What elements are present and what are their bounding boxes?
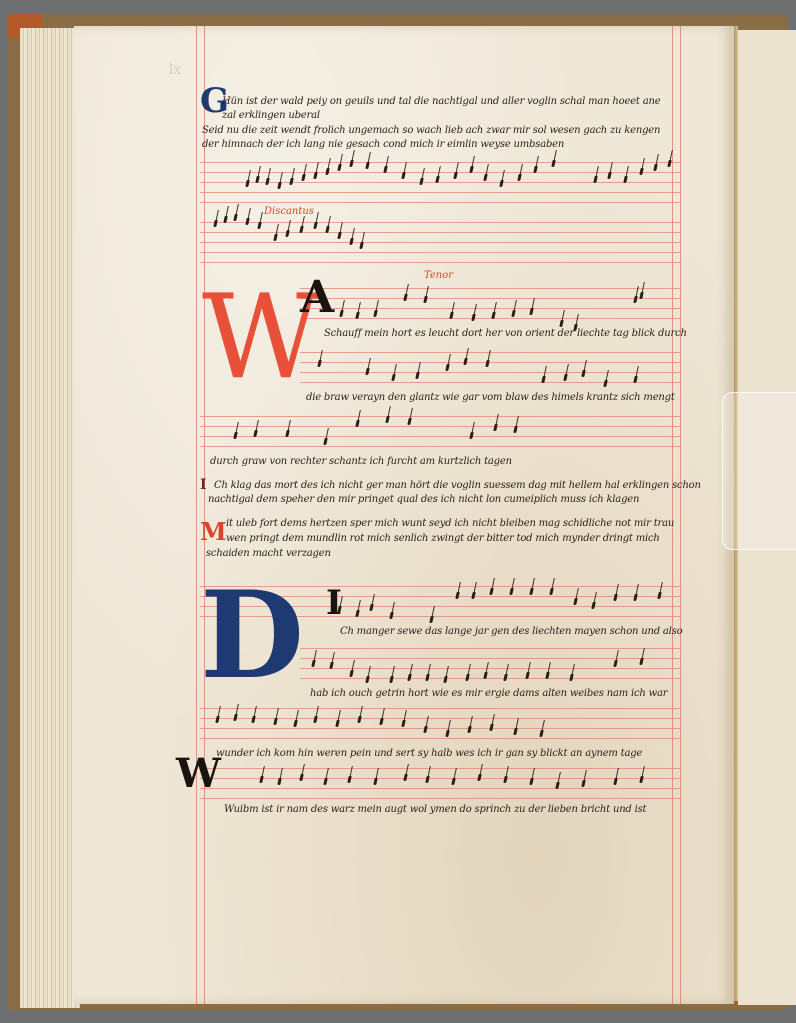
ruling-left-outer bbox=[196, 26, 197, 1004]
ruling-right-outer bbox=[680, 26, 681, 1004]
text-line: Ch manger sewe das lange jar gen des lie… bbox=[340, 626, 682, 638]
text-line: schaiden macht verzagen bbox=[206, 548, 331, 560]
voice-label-tenor: Tenor bbox=[424, 270, 453, 281]
initial-w-cadel: W bbox=[176, 754, 221, 794]
folio-number: lx bbox=[169, 62, 181, 78]
text-line: Hün ist der wald peiy on geuils und tal … bbox=[222, 96, 660, 108]
text-line: it uleb fort dems hertzen sper mich wunt… bbox=[226, 518, 674, 530]
text-line: wen pringt dem mundlin rot mich senlich … bbox=[226, 533, 660, 545]
manuscript-page: lx bbox=[74, 26, 734, 1004]
text-line: Seid nu die zeit wendt frolich ungemach … bbox=[202, 125, 660, 137]
voice-label-discantus: Discantus bbox=[264, 206, 314, 217]
text-line: Schauff mein hort es leucht dort her von… bbox=[324, 328, 687, 340]
page-stack-edge bbox=[20, 28, 80, 1008]
text-line: die braw verayn den glantz wie gar vom b… bbox=[306, 392, 675, 404]
initial-m: M bbox=[200, 520, 227, 544]
text-line: Ch klag das mort des ich nicht ger man h… bbox=[214, 480, 701, 492]
page-marker-tab bbox=[722, 392, 796, 550]
text-line: Wuibm ist ir nam des warz mein augt wol … bbox=[224, 804, 646, 816]
text-line: zal erklingen uberal bbox=[222, 110, 320, 122]
text-line: wunder ich kom hin weren pein und sert s… bbox=[216, 748, 642, 760]
initial-d: D bbox=[200, 576, 304, 696]
text-line: nachtigal dem speher den mir pringet qua… bbox=[208, 494, 639, 506]
initial-a-cadel: A bbox=[300, 276, 334, 320]
text-line: der himnach der ich lang nie gesach cond… bbox=[202, 139, 564, 151]
text-line: hab ich ouch getrin hort wie es mir ergi… bbox=[310, 688, 667, 700]
text-line: durch graw von rechter schantz ich furch… bbox=[210, 456, 512, 468]
initial-i: I bbox=[200, 478, 207, 492]
